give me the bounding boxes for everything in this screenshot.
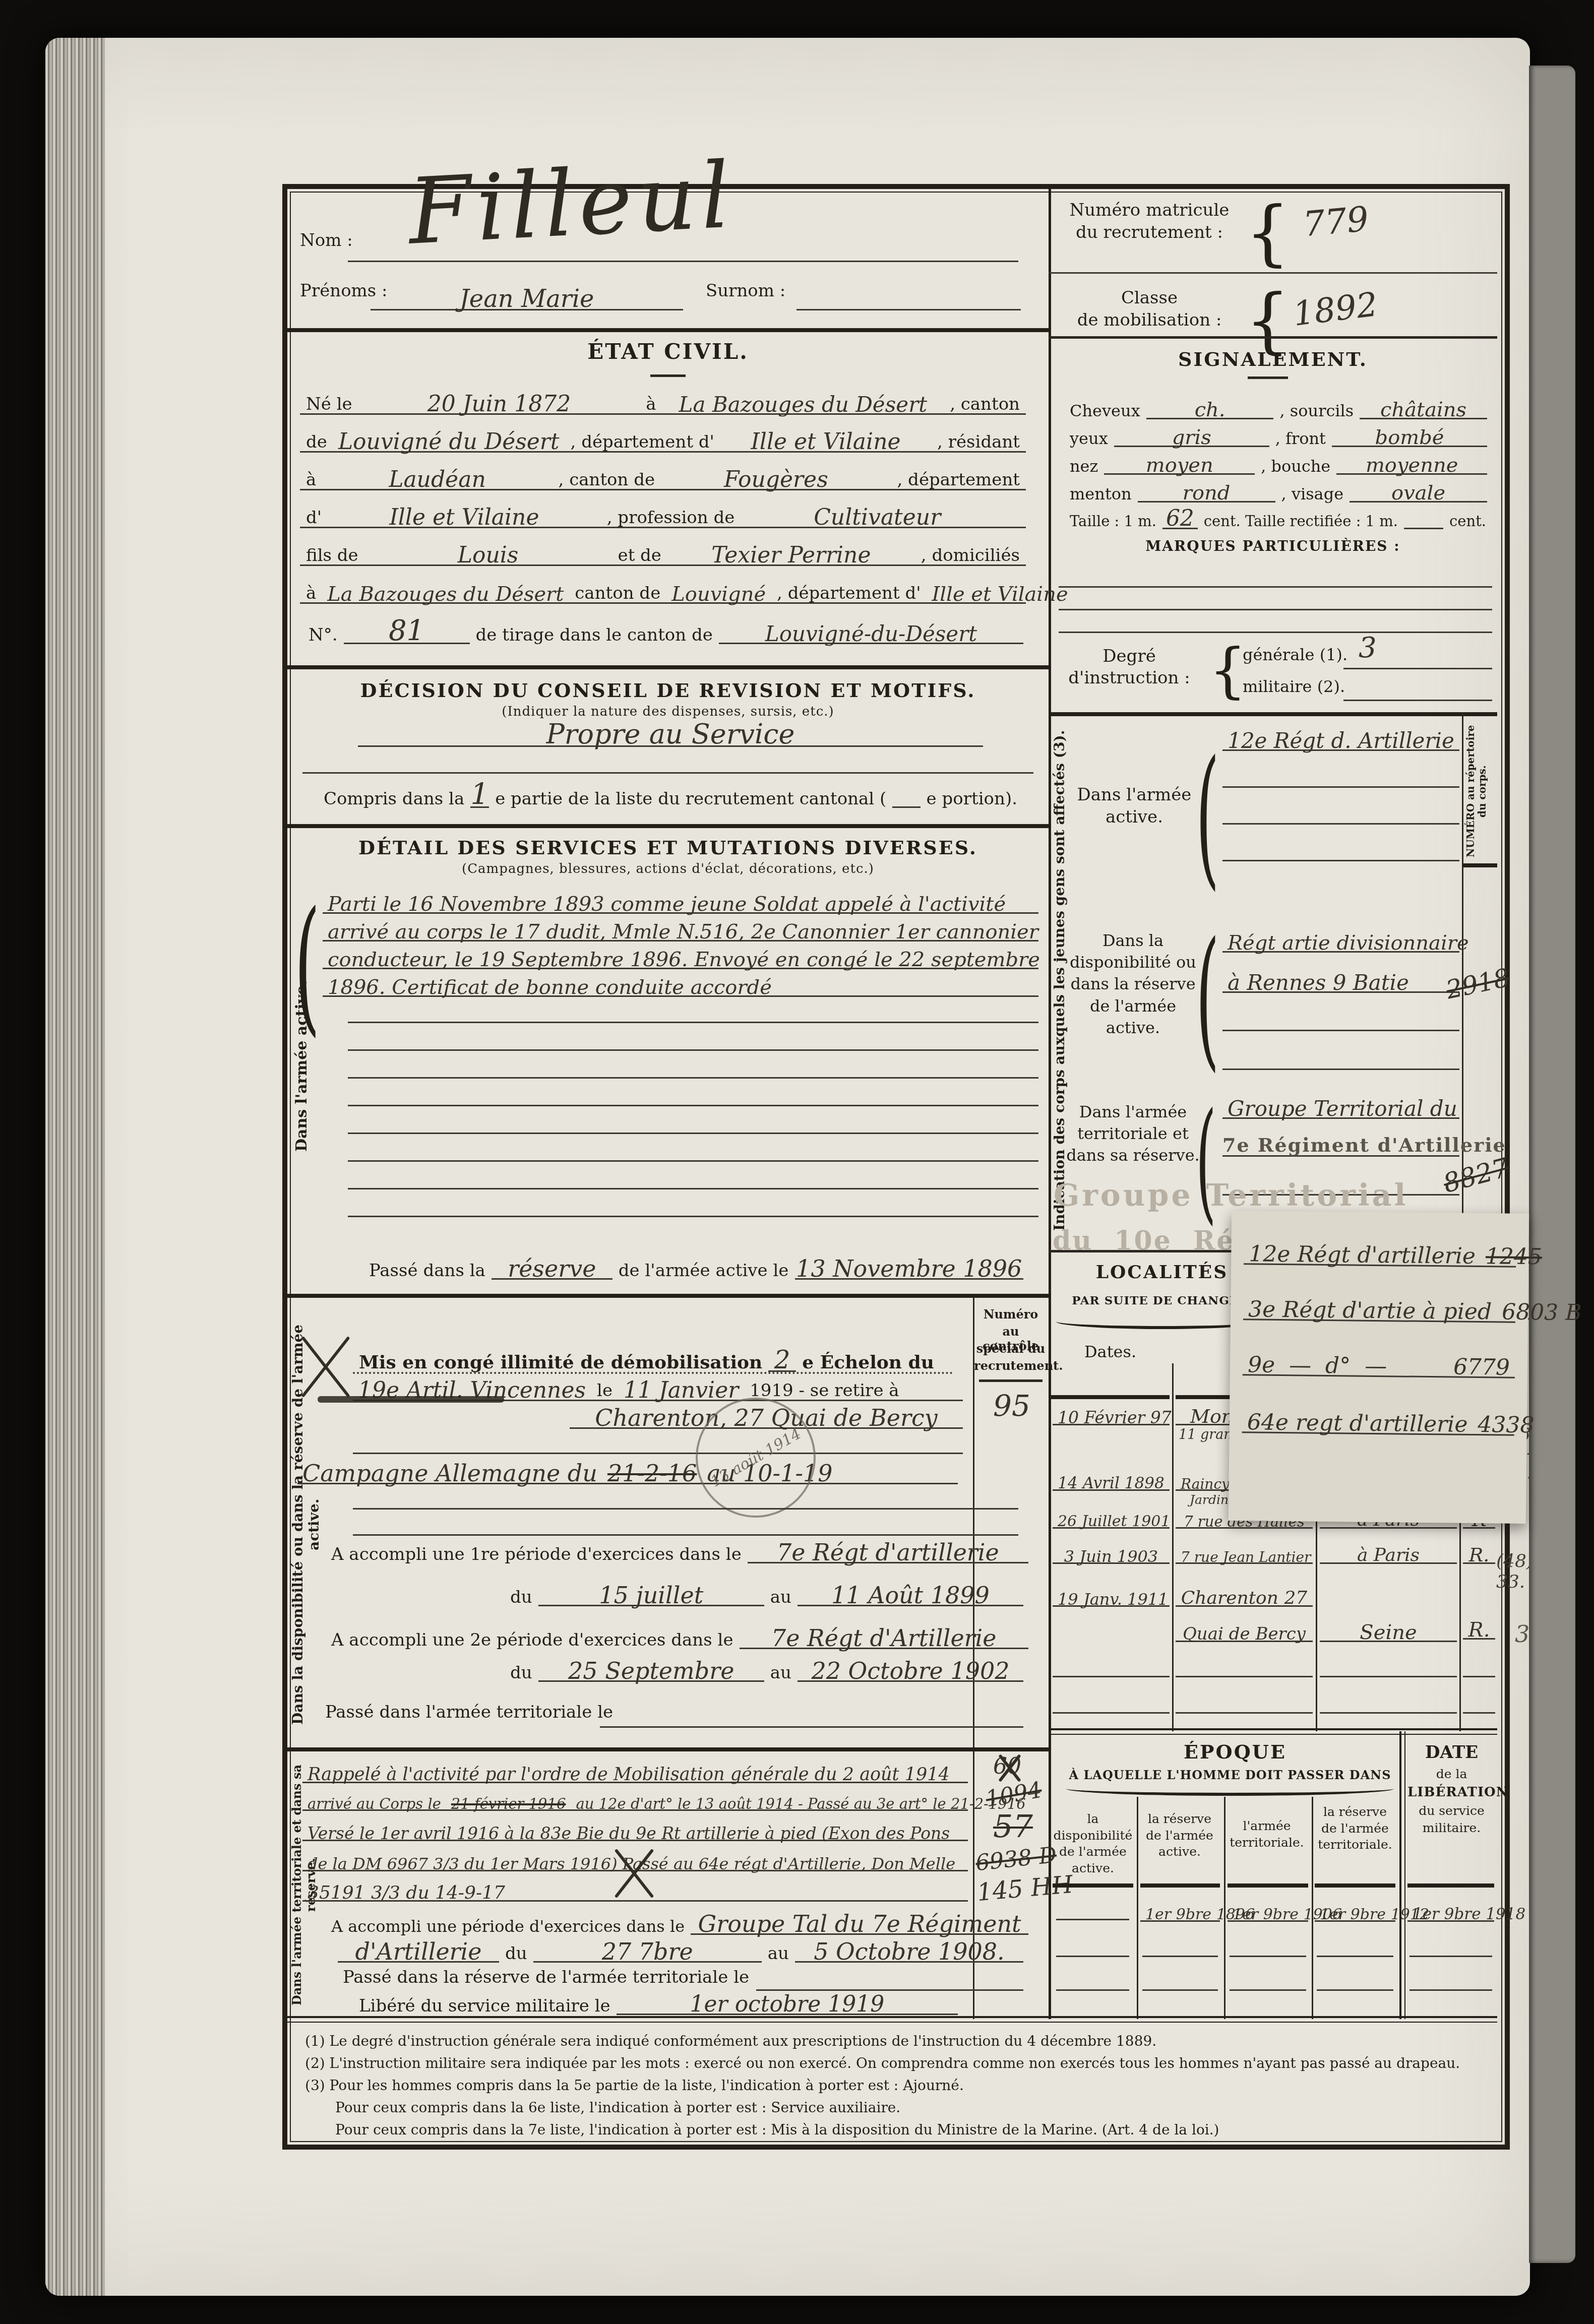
epoque-col-2: la réserve de l'armée active. xyxy=(1139,1811,1220,1860)
ec-line-3: àLaudéan, canton deFougères, département xyxy=(300,462,1026,490)
ec-print: , département d' xyxy=(565,433,720,451)
epoque-date-divider xyxy=(1399,1731,1405,2019)
rule xyxy=(1053,1712,1170,1714)
p: , visage xyxy=(1275,486,1350,503)
rule xyxy=(1049,272,1497,274)
p: cent. xyxy=(1443,514,1492,529)
periode2-corps: 7e Régt d'Artillerie xyxy=(771,1626,997,1650)
dates-header: Dates. xyxy=(1051,1342,1170,1361)
date-col-4: du service xyxy=(1407,1803,1496,1818)
epoque-value-3: 1er 9bre 1906 xyxy=(1228,1893,1308,1922)
slip-regiment: 3e Régt d'artie à pied xyxy=(1243,1298,1497,1324)
rule xyxy=(1049,1728,1497,1735)
rule xyxy=(1343,668,1492,669)
ec-line-4: d'Ille et Vilaine, profession deCultivat… xyxy=(300,499,1026,528)
terr-controle-divider xyxy=(973,1751,974,2019)
controle-label-4: recrutement. xyxy=(974,1358,1048,1373)
surnom-field xyxy=(796,281,1021,310)
corps-dispo-value1: Régt artie divisionnaire xyxy=(1222,933,1474,954)
ec-print: , département xyxy=(891,471,1026,489)
compris-number: 1 xyxy=(470,779,489,809)
ec-hand: Cultivateur xyxy=(741,507,1014,529)
rule xyxy=(1176,1712,1313,1714)
rule xyxy=(1463,1676,1495,1677)
passe-print: Passé dans la xyxy=(363,1262,492,1280)
passe-reserve-line: Passé dans laréservede l'armée active le… xyxy=(363,1250,1023,1280)
loc-row5-dept: Seine xyxy=(1320,1613,1457,1642)
campagne-crossed-date: 21-2-16 xyxy=(602,1462,702,1485)
periode3-line: A accompli une période d'exercices dans … xyxy=(325,1906,1028,1935)
demob-print3: le xyxy=(591,1382,619,1400)
terr-num-3: 6938 D xyxy=(974,1842,1058,1876)
service-hand: 1896. Certificat de bonne conduite accor… xyxy=(323,977,777,998)
etat-civil-title: ÉTAT CIVIL. xyxy=(287,339,1049,364)
service-hand: conducteur, le 19 Septembre 1896. Envoyé… xyxy=(323,950,1045,970)
loc-r: R. xyxy=(1463,1545,1495,1565)
date-col-3: LIBÉRATION xyxy=(1407,1785,1496,1800)
terr-crossed: 21 février 1916 xyxy=(446,1797,571,1812)
rule xyxy=(1409,1956,1492,1957)
slip-row1: 12e Régt d'artillerie1245 xyxy=(1244,1236,1516,1268)
loc-r: R. xyxy=(1463,1620,1495,1641)
date-col-2: de la xyxy=(1407,1767,1496,1781)
rule xyxy=(1222,1030,1459,1031)
brace xyxy=(294,881,320,1050)
service-hand: Parti le 16 Novembre 1893 comme jeune So… xyxy=(323,894,1011,915)
libere-date: 1er octobre 1919 xyxy=(690,1993,885,2016)
signalement-title: SIGNALEMENT. xyxy=(1049,348,1497,370)
rule xyxy=(1049,336,1497,339)
round-stamp-text: 13 août 1914 xyxy=(707,1425,804,1491)
generale-label: générale (1). xyxy=(1243,645,1347,664)
ec-hand: La Bazouges du Désert xyxy=(662,394,944,416)
tirage-canton: Louvigné-du-Désert xyxy=(765,623,977,645)
compris-print3: e portion). xyxy=(921,790,1023,808)
p: menton xyxy=(1064,486,1138,503)
ec-line-5: fils deLouiset deTexier Perrine, domicil… xyxy=(300,537,1026,566)
rule xyxy=(287,665,1049,669)
corps-active-line: 12e Régt d. Artillerie xyxy=(1222,721,1459,751)
ec-hand: Louis xyxy=(364,544,612,567)
slip-num: 6779 xyxy=(1448,1356,1515,1379)
corps-terr-line1: Groupe Territorial du xyxy=(1222,1089,1459,1119)
ec-print: à xyxy=(300,471,322,489)
rule xyxy=(287,2016,1497,2023)
slip-num: 4338 xyxy=(1473,1414,1539,1437)
rule xyxy=(287,824,1049,828)
loc-row1-date: 10 Février 97 xyxy=(1053,1397,1170,1425)
rule xyxy=(1222,860,1459,861)
book-cover-edge xyxy=(1529,66,1575,2263)
slip-num-crossed: 1245 xyxy=(1481,1245,1547,1269)
corps-terr-stamp-line: 7e Régiment d'Artillerie xyxy=(1222,1127,1459,1157)
loc-date: 10 Février 97 xyxy=(1053,1409,1177,1426)
footnote-1: (1) Le degré d'instruction générale sera… xyxy=(305,2033,1485,2049)
sig-row-1: Cheveuxch., sourcilschâtains xyxy=(1064,393,1487,419)
rule xyxy=(353,1453,963,1454)
brace xyxy=(1196,728,1219,904)
epoque-date-value: 1er 9bre 1918 xyxy=(1407,1907,1530,1923)
rule xyxy=(1248,376,1288,379)
ec-print: canton de xyxy=(569,585,666,602)
p: du xyxy=(504,1664,538,1682)
terr-hand: 35191 3/3 du 14-9-17 xyxy=(302,1884,510,1903)
matricule-value: 779 xyxy=(1302,199,1370,244)
terr-hand: Versé le 1er avril 1916 à la 83e Bie du … xyxy=(302,1825,955,1842)
passe-print2: de l'armée active le xyxy=(612,1262,795,1280)
demob-print4: 1919 - se retire à xyxy=(744,1382,905,1400)
corps-dispo-label: Dans la disponibilité ou dans la réserve… xyxy=(1066,930,1200,1039)
campagne-line: Campagne Allemagne du21-2-16au 10-1-19 xyxy=(297,1455,958,1484)
p: au xyxy=(764,1589,798,1606)
epoque-value-4: 1er 9bre 1912 xyxy=(1315,1893,1395,1922)
rule xyxy=(1049,712,1497,716)
rule xyxy=(1230,1956,1306,1957)
taille-value: 62 xyxy=(1166,508,1194,530)
loc-row4-date: 3 Juin 1903 xyxy=(1053,1535,1170,1564)
ec-hand: Ille et Vilaine xyxy=(927,584,1073,605)
controle-value: 95 xyxy=(993,1389,1030,1423)
p: nez xyxy=(1064,458,1104,475)
compris-print: Compris dans la xyxy=(318,790,470,808)
header-curve xyxy=(1066,1782,1394,1796)
demob-line-1: Mis en congé illimité de démobilisation2… xyxy=(353,1344,953,1374)
rule xyxy=(1317,1956,1393,1957)
taille-row: Taille : 1 m.62cent. Taille rectifiée : … xyxy=(1064,504,1492,529)
ec-line-2: deLouvigné du Désert, département d'Ille… xyxy=(300,424,1026,453)
rule xyxy=(600,1726,1023,1728)
loc-row5-commune2: Quai de Bercy xyxy=(1176,1613,1313,1642)
libere-print: Libéré du service militaire le xyxy=(353,1997,617,2015)
rule xyxy=(1176,1676,1313,1677)
service-line-2: arrivé au corps le 17 dudit, Mmle N.516,… xyxy=(323,913,1038,941)
loc-commune: 7 rue Jean Lantier xyxy=(1176,1550,1316,1565)
loc-row4-commune: 7 rue Jean Lantier xyxy=(1176,1535,1313,1564)
corps-dispo-line2: à Rennes 9 Batie xyxy=(1222,963,1459,993)
periode1-date2: 11 Août 1899 xyxy=(831,1584,990,1607)
decision-title: DÉCISION DU CONSEIL DE REVISION ET MOTIF… xyxy=(287,679,1049,702)
p: cent. Taille rectifiée : 1 m. xyxy=(1198,514,1404,529)
ec-hand: Texier Perrine xyxy=(667,544,915,567)
rule xyxy=(348,1216,1038,1217)
slip-regiment: 64e regt d'artillerie xyxy=(1242,1411,1473,1436)
rule xyxy=(650,374,686,377)
loc-row5-date: 19 Janv. 1911 xyxy=(1053,1578,1170,1607)
rule xyxy=(1222,786,1459,788)
ec-hand: La Bazouges du Désert xyxy=(322,584,569,605)
demob-echelon: 2 xyxy=(774,1347,790,1373)
ec-print: à xyxy=(300,585,322,602)
periode3-date1: 27 7bre xyxy=(602,1940,693,1964)
date-col-5: militaire. xyxy=(1407,1820,1496,1835)
matricule-form: Filleul Nom : Prénoms : Jean Marie Surno… xyxy=(282,184,1510,2150)
ec-print: d' xyxy=(300,509,328,527)
terr-hand: arrivé au Corps le xyxy=(302,1797,446,1812)
rule xyxy=(1409,1989,1492,1991)
rule xyxy=(348,1049,1038,1051)
register-page: Filleul Nom : Prénoms : Jean Marie Surno… xyxy=(45,38,1530,2296)
ec-hand: 20 Juin 1872 xyxy=(358,393,640,416)
loc-row3-date: 26 Juillet 1901 xyxy=(1053,1500,1170,1529)
loc-row4-dept: à Paris xyxy=(1320,1535,1457,1564)
sig-value: moyenne xyxy=(1366,455,1458,476)
terr-line-3: Versé le 1er avril 1916 à la 83e Bie du … xyxy=(302,1812,968,1841)
degre-label-1: Degré xyxy=(1074,646,1185,666)
footnote-3: (3) Pour les hommes compris dans la 5e p… xyxy=(305,2077,1485,2094)
ec-hand: Ille et Vilaine xyxy=(328,507,601,529)
sig-value: ovale xyxy=(1391,483,1445,504)
corps-terr-num-crossed: 8827 xyxy=(1440,1153,1512,1199)
sig-value: ch. xyxy=(1195,400,1225,420)
periode2-print: A accompli une 2e période d'exercices da… xyxy=(325,1631,740,1649)
ec-print: Né le xyxy=(300,396,358,413)
demob-print2: e Échelon du xyxy=(796,1353,940,1372)
ec-hand: Louvigné du Désert xyxy=(333,431,565,454)
rule xyxy=(1343,700,1492,701)
faint-stamp-1: Groupe Territorial xyxy=(1054,1178,1408,1213)
periode2-date1: 25 Septembre xyxy=(568,1659,734,1683)
p: yeux xyxy=(1064,430,1114,447)
corps-dispo-line1: Régt artie divisionnaire xyxy=(1222,923,1459,953)
service-line-3: conducteur, le 19 Septembre 1896. Envoyé… xyxy=(323,940,1038,969)
loc-date: 26 Juillet 1901 xyxy=(1053,1514,1176,1530)
rule xyxy=(1320,1712,1457,1714)
nom-label: Nom : xyxy=(300,230,353,250)
generale-value: 3 xyxy=(1359,632,1377,664)
militaire-label: militaire (2). xyxy=(1243,677,1345,696)
periode2-dates: du25 Septembreau22 Octobre 1902 xyxy=(504,1654,1023,1682)
sig-row-4: mentonrond, visageovale xyxy=(1064,476,1487,503)
rule xyxy=(348,1105,1038,1106)
loc-row5-r: R. xyxy=(1463,1611,1495,1640)
periode2-line: A accompli une 2e période d'exercices da… xyxy=(325,1621,1028,1649)
demob-print: Mis en congé illimité de démobilisation xyxy=(353,1353,768,1372)
sig-value: moyen xyxy=(1146,455,1213,476)
service-line-4: 1896. Certificat de bonne conduite accor… xyxy=(323,968,1038,997)
corps-dispo-value2: à Rennes 9 Batie xyxy=(1222,972,1414,994)
x-mark xyxy=(296,1329,352,1405)
rule xyxy=(1056,1919,1129,1920)
compris-print2: e partie de la liste du recrutement cant… xyxy=(489,790,892,808)
matricule-label: Numéro matricule xyxy=(1059,200,1240,220)
p: du xyxy=(504,1589,538,1606)
slip-num: 6803 B xyxy=(1497,1301,1587,1325)
sig-row-3: nezmoyen, bouchemoyenne xyxy=(1064,449,1487,475)
p: , front xyxy=(1269,430,1332,447)
epoque-divider xyxy=(1137,1797,1138,2019)
signature-filleul: Filleul xyxy=(406,143,738,265)
periode3-line2: d'Artilleriedu27 7breau5 Octobre 1908. xyxy=(338,1933,1023,1963)
rule xyxy=(1228,1883,1308,1888)
rule xyxy=(302,772,1033,774)
slip-row3: 9e — d° —6779 xyxy=(1243,1347,1515,1378)
rule xyxy=(1320,1676,1457,1677)
ec-print: de xyxy=(300,433,333,451)
ec-print: , domiciliés xyxy=(915,547,1026,564)
rule xyxy=(1222,823,1459,825)
ec-print: , résidant xyxy=(931,433,1026,451)
classe-label2: de mobilisation : xyxy=(1059,310,1240,330)
ec-line-6: àLa Bazouges du Désertcanton deLouvigné,… xyxy=(300,575,1026,604)
footnote-4: Pour ceux compris dans la 6e liste, l'in… xyxy=(335,2099,1485,2116)
periode2-date2: 22 Octobre 1902 xyxy=(811,1659,1009,1683)
tirage-number: 81 xyxy=(389,616,424,645)
rule xyxy=(348,1188,1038,1189)
loc-row4-r: R. xyxy=(1463,1535,1495,1564)
passe-hand: réserve xyxy=(508,1257,596,1281)
rule xyxy=(348,1133,1038,1134)
ec-print: à xyxy=(640,396,662,413)
passe-terr-label: Passé dans l'armée territoriale le xyxy=(325,1702,613,1722)
p: , bouche xyxy=(1255,458,1336,475)
periode1-corps: 7e Régt d'artillerie xyxy=(777,1541,999,1564)
campagne-hand: Campagne Allemagne du xyxy=(297,1462,602,1485)
rule xyxy=(287,1294,1049,1298)
periode1-dates: du15 juilletau11 Août 1899 xyxy=(504,1578,1023,1606)
degre-label-2: d'instruction : xyxy=(1061,668,1197,688)
rule xyxy=(287,328,1049,332)
brace xyxy=(1196,1085,1216,1237)
p: , sourcils xyxy=(1273,403,1360,419)
ec-print: , profession de xyxy=(601,509,741,527)
periode3-corps: Groupe Tal du 7e Régiment xyxy=(698,1912,1021,1936)
terr-hand: Rappelé à l'activité par l'ordre de Mobi… xyxy=(302,1766,955,1784)
rule xyxy=(1463,863,1497,867)
rule xyxy=(353,1508,1018,1510)
prenoms-value: Jean Marie xyxy=(371,287,683,311)
periode1-print: A accompli une 1re période d'exercices d… xyxy=(325,1546,748,1563)
rule xyxy=(348,1022,1038,1023)
passe-date: 13 Novembre 1896 xyxy=(796,1257,1022,1281)
ec-print: et de xyxy=(612,547,667,564)
brace xyxy=(1209,636,1247,705)
loc-commune2: Quai de Bercy xyxy=(1176,1625,1313,1643)
rule xyxy=(1059,609,1492,610)
controle-label-1: Numéro xyxy=(974,1307,1048,1322)
book-binding-edge xyxy=(45,38,105,2296)
corps-terr-value1: Groupe Territorial du xyxy=(1222,1098,1462,1120)
periode1-date1: 15 juillet xyxy=(599,1584,703,1607)
numero-repertoire-label: NUMÉRO au répertoire du corps. xyxy=(1465,718,1494,864)
corps-terr-stamp: 7e Régiment d'Artillerie xyxy=(1222,1136,1506,1155)
prenoms-field: Jean Marie xyxy=(371,281,683,310)
service-line-1: Parti le 16 Novembre 1893 comme jeune So… xyxy=(323,885,1038,914)
ec-hand: Laudéan xyxy=(322,469,552,491)
passe-res-terr-label: Passé dans la réserve de l'armée territo… xyxy=(343,1967,749,1987)
ec-hand: Louvigné xyxy=(666,584,771,605)
controle-label-3: spécial du xyxy=(974,1341,1048,1356)
loc-dept: à Paris xyxy=(1320,1546,1457,1565)
loc-date: 3 Juin 1903 xyxy=(1053,1548,1170,1565)
tirage-print2: de tirage dans le canton de xyxy=(470,626,719,644)
rule xyxy=(1315,1883,1395,1888)
ec-hand: Fougères xyxy=(661,469,891,491)
tirage-print: N°. xyxy=(302,626,344,644)
services-subtitle: (Campagnes, blessures, actions d'éclat, … xyxy=(287,861,1049,876)
sig-value: rond xyxy=(1183,483,1231,504)
rule xyxy=(1059,586,1492,588)
sig-value: châtains xyxy=(1380,400,1466,420)
ec-line-1: Né le20 Juin 1872àLa Bazouges du Désert,… xyxy=(300,386,1026,415)
classe-label: Classe xyxy=(1059,288,1240,308)
slip-row4: 64e regt d'artillerie4338 xyxy=(1242,1404,1515,1436)
sig-row-2: yeuxgris, frontbombé xyxy=(1064,421,1487,447)
rule xyxy=(1142,1989,1218,1991)
rule xyxy=(1463,1712,1495,1714)
corps-active-label: Dans l'armée active. xyxy=(1071,784,1197,828)
epoque-col-1: la disponibilité de l'armée active. xyxy=(1053,1811,1133,1876)
loc-dept: Seine xyxy=(1320,1622,1457,1643)
loc-date: 14 Avril 1898 xyxy=(1053,1476,1170,1492)
footnote-5: Pour ceux compris dans la 7e liste, l'in… xyxy=(335,2121,1485,2138)
ec-hand: Ille et Vilaine xyxy=(720,431,931,454)
margin-note-1: (48) 33. xyxy=(1496,1551,1534,1592)
rule xyxy=(979,1379,1043,1382)
p: Cheveux xyxy=(1064,403,1146,419)
terr-line-2: arrivé au Corps le21 février 1916au 12e … xyxy=(302,1782,968,1811)
ec-print: , département d' xyxy=(771,585,927,602)
date-col-1: DATE xyxy=(1407,1742,1496,1763)
periode3-corps2: d'Artillerie xyxy=(355,1940,481,1964)
slip-regiment: 9e — d° — xyxy=(1243,1354,1448,1378)
epoque-value-5: 1er 9bre 1918 xyxy=(1407,1893,1494,1922)
ink-smudge xyxy=(318,1396,504,1403)
x-mark xyxy=(610,1843,655,1904)
epoque-col-3: l'armée territoriale. xyxy=(1226,1818,1308,1851)
corps-terr-label: Dans l'armée territoriale et dans sa rés… xyxy=(1066,1101,1200,1167)
sig-value: gris xyxy=(1172,427,1211,448)
loc-row5-commune: Charenton 27 xyxy=(1176,1578,1313,1607)
p: au xyxy=(764,1664,798,1682)
ec-print: fils de xyxy=(300,547,364,564)
rule xyxy=(348,1077,1038,1079)
ec-print: , canton xyxy=(944,396,1026,413)
terr-num-2: 57 xyxy=(993,1808,1033,1845)
epoque-value-2: 1er 9bre 1896 xyxy=(1140,1893,1220,1922)
pasted-slip: 12e Régt d'artillerie1245 3e Régt d'arti… xyxy=(1229,1211,1529,1524)
p: Taille : 1 m. xyxy=(1064,514,1162,529)
slip-regiment: 12e Régt d'artillerie xyxy=(1244,1243,1481,1268)
marques-title: MARQUES PARTICULIÈRES : xyxy=(1049,538,1497,554)
periode1-line: A accompli une 1re période d'exercices d… xyxy=(325,1535,1028,1563)
p: au xyxy=(762,1945,795,1963)
rule xyxy=(1053,1883,1133,1888)
decision-value: Propre au Service xyxy=(358,720,983,748)
classe-value: 1892 xyxy=(1291,285,1380,334)
rule xyxy=(1222,1069,1459,1070)
rule xyxy=(1317,1989,1393,1991)
rule xyxy=(1407,1883,1494,1888)
rule xyxy=(287,1747,1049,1751)
rule xyxy=(1059,632,1492,633)
rule xyxy=(1056,1989,1129,1991)
rule xyxy=(1053,1676,1170,1677)
loc-commune: Charenton 27 xyxy=(1176,1589,1313,1608)
rule xyxy=(1056,1956,1129,1957)
loc-date: 19 Janv. 1911 xyxy=(1053,1591,1173,1608)
slip-row2: 3e Régt d'artie à pied6803 B xyxy=(1243,1291,1516,1323)
p: du xyxy=(499,1945,533,1963)
rule xyxy=(348,1160,1038,1162)
service-hand: arrivé au corps le 17 dudit, Mmle N.516,… xyxy=(323,922,1044,943)
epoque-title: ÉPOQUE xyxy=(1074,1740,1396,1763)
terr-hand: au 12e d'art° le 13 août 1914 - Passé au… xyxy=(571,1797,1030,1812)
terr-line-1: Rappelé à l'activité par l'ordre de Mobi… xyxy=(302,1754,968,1783)
brace xyxy=(1196,910,1219,1086)
rule xyxy=(1140,1883,1220,1888)
rule xyxy=(1230,1989,1306,1991)
libere-line: Libéré du service militaire le1er octobr… xyxy=(353,1986,958,2015)
